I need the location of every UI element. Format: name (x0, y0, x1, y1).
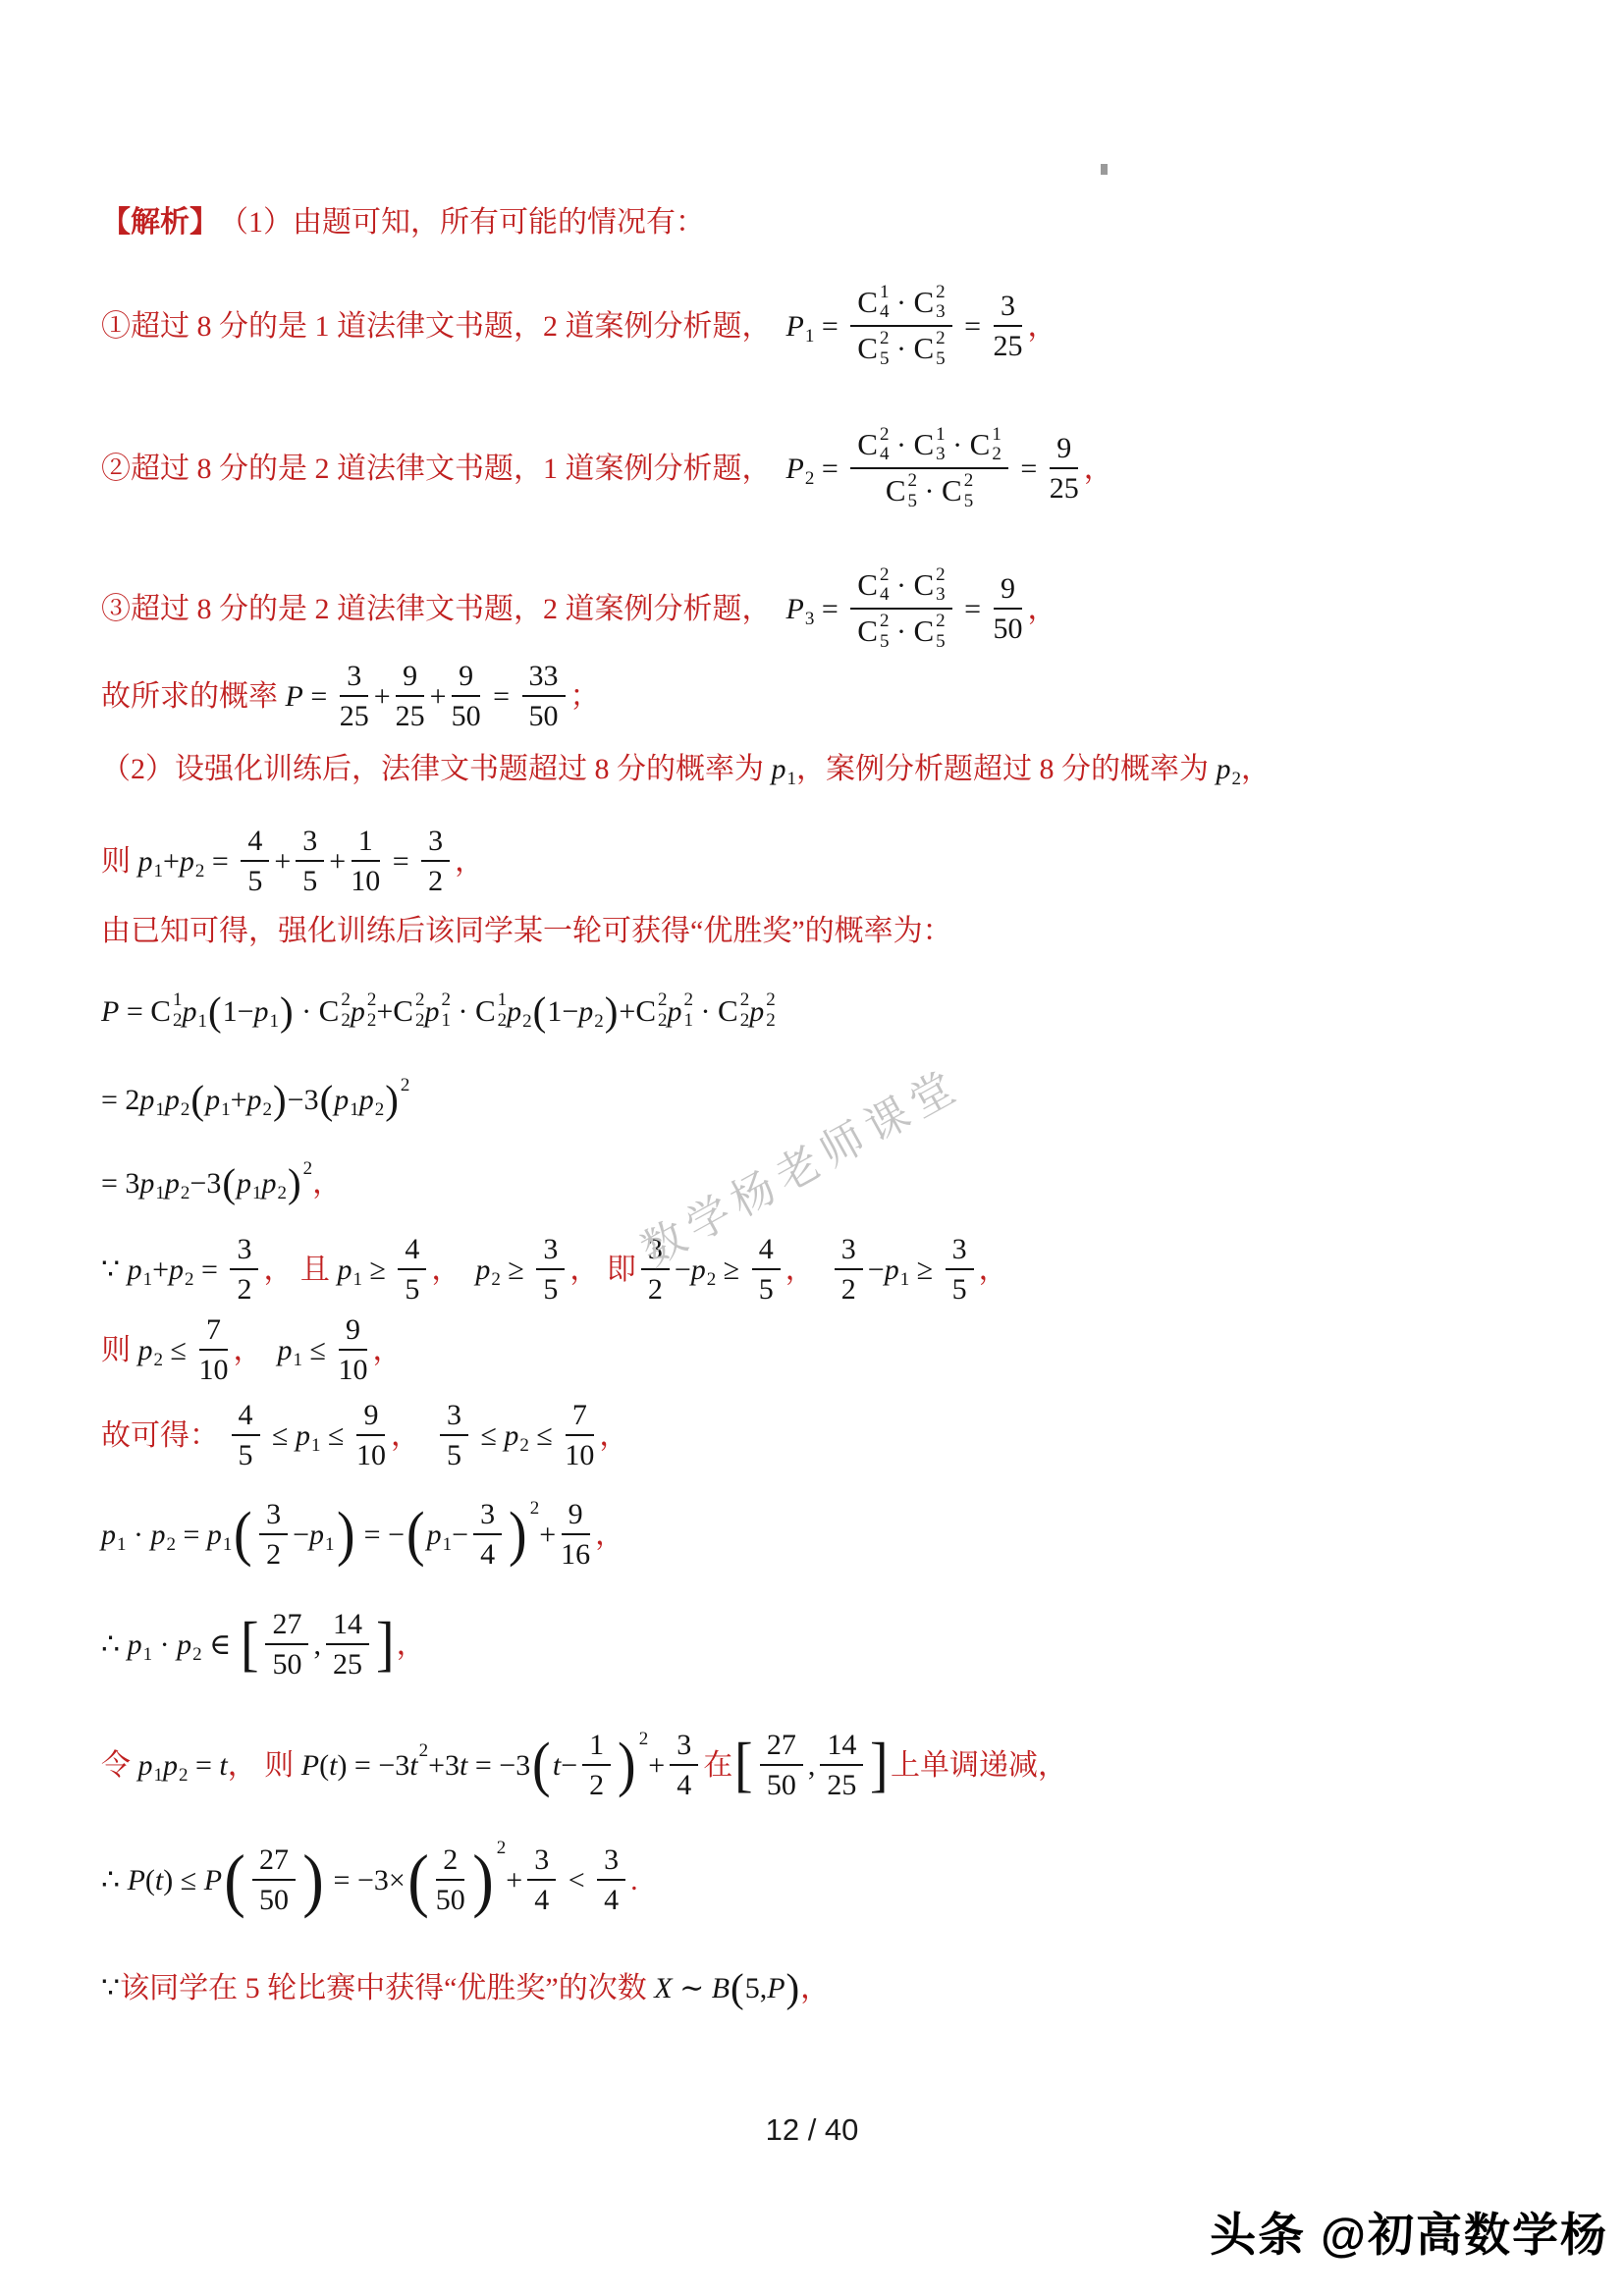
math-text: = (814, 450, 845, 488)
math-text: · (889, 332, 913, 366)
red-text: ， (431, 1251, 475, 1289)
math-text: ) ≤ (163, 1861, 203, 1899)
bracket: ) (385, 1080, 399, 1120)
math-text: − (452, 1516, 468, 1554)
red-text: （1）由题可知，所有可能的情况有： (219, 203, 705, 241)
fraction: C24 · C23C25 · C25 (850, 565, 951, 652)
brand-watermark: 头条 @初高数学杨 (1210, 2199, 1608, 2265)
fraction: 925 (1050, 431, 1079, 507)
fraction: 325 (340, 659, 369, 734)
math-var: P (204, 1861, 222, 1899)
math-var: p2 (504, 1416, 529, 1455)
math-var: t (460, 1746, 467, 1785)
math-var: p2 (247, 1081, 273, 1119)
solution-line-2: ①超过 8 分的是 1 道法律文书题，2 道案例分析题， P1 = C14 · … (101, 258, 1057, 394)
combination: C23 (913, 565, 945, 606)
math-text: · (889, 428, 913, 462)
math-text: 1− (223, 992, 254, 1031)
math-text: = −3 (467, 1746, 530, 1785)
fraction: 910 (356, 1398, 386, 1473)
bracket: ( (406, 1504, 425, 1565)
math-text: ∵ (101, 1251, 128, 1289)
math-text: = 3 (101, 1164, 139, 1202)
fraction: 45 (752, 1232, 781, 1308)
math-text: − (293, 1516, 309, 1554)
math-var: p2 (169, 1251, 194, 1289)
math-text: + (430, 677, 447, 716)
math-var: P (301, 1746, 319, 1785)
math-text: = (194, 1251, 226, 1289)
math-var: p1 (101, 1516, 127, 1554)
math-var: p1 (296, 1416, 321, 1455)
fraction: 32 (835, 1232, 863, 1308)
red-text: ， (372, 1331, 402, 1369)
fraction: 45 (232, 1398, 260, 1473)
red-text: ， (455, 842, 484, 881)
math-var: p2 (151, 1516, 177, 1554)
math-text: 5, (745, 1969, 768, 2007)
combination: C14 (857, 283, 889, 323)
bracket: ) (472, 1844, 494, 1915)
math-text: ≤ (320, 1416, 351, 1455)
solution-line-18: ∴ P(t) ≤ P(2750) = −3×(250)2+34 < 34. (101, 1817, 638, 1943)
math-var: p2 (165, 1164, 190, 1202)
math-var: p2 (475, 1251, 501, 1289)
fraction: 710 (198, 1312, 228, 1388)
math-text: −3 (189, 1164, 221, 1202)
math-var: p2 (507, 992, 532, 1031)
math-var: p1 (427, 1516, 453, 1554)
red-text: ①超过 8 分的是 1 道法律文书题，2 道案例分析题， (101, 307, 786, 346)
red-text: 故可得： (101, 1416, 227, 1455)
math-var: p2 (359, 1081, 385, 1119)
fraction: 325 (994, 289, 1023, 364)
bracket: ) (273, 1080, 287, 1120)
red-text: 该同学在 5 轮比赛中获得“优胜奖”的次数 (120, 1969, 654, 2007)
math-text: = (486, 677, 517, 716)
red-text: ②超过 8 分的是 2 道法律文书题，1 道案例分析题， (101, 450, 786, 488)
red-text: ， (1084, 450, 1113, 488)
math-text: = (814, 590, 845, 628)
solution-line-7: 则 p1+p2 = 45+35+110 = 32， (101, 813, 484, 909)
superscript: 2 (401, 1074, 410, 1098)
red-text: ， (599, 1416, 628, 1455)
fraction: 950 (452, 659, 481, 734)
solution-line-16: ∴ p1 · p2 ∈ [2750,1425]， (101, 1586, 426, 1702)
math-text: ) = −3 (337, 1746, 409, 1785)
solution-line-14: 故可得： 45 ≤ p1 ≤ 910， 35 ≤ p2 ≤ 710， (101, 1387, 628, 1483)
combination: C12 (970, 425, 1001, 465)
red-bold-text: 【解析】 (101, 203, 219, 241)
bracket: ] (376, 1614, 395, 1675)
math-var: t (553, 1746, 561, 1785)
math-var: p1 (254, 992, 280, 1031)
combination: C12 (150, 990, 182, 1031)
math-var: P1 (786, 307, 815, 346)
math-text: = (385, 842, 416, 881)
math-text: = (119, 992, 150, 1031)
bracket: ( (532, 1735, 551, 1795)
math-text: ≤ (265, 1416, 296, 1455)
math-text: + (539, 1516, 556, 1554)
math-text: = (303, 677, 335, 716)
page-number: 12 / 40 (0, 2112, 1624, 2148)
math-var: p21 (424, 990, 451, 1031)
math-text: − (868, 1251, 885, 1289)
math-var: p1 (337, 1251, 362, 1289)
combination: C22 (319, 990, 351, 1031)
solution-line-9: P = C12p1(1−p1) · C22p22+C22p21 · C12p2(… (101, 970, 776, 1052)
red-text: ， (391, 1416, 435, 1455)
math-var: p2 (163, 1746, 189, 1785)
math-text: + (648, 1746, 665, 1785)
red-text: 则 (101, 842, 138, 881)
red-text: ，案例分析题超过 8 分的概率为 (796, 750, 1217, 788)
math-text: ( (145, 1861, 155, 1899)
math-var: p2 (180, 842, 205, 881)
math-text: ≥ (362, 1251, 393, 1289)
fraction: 916 (561, 1497, 590, 1573)
red-text: ， (800, 1969, 830, 2007)
math-var: p1 (128, 1251, 153, 1289)
solution-line-6: （2）设强化训练后，法律文书题超过 8 分的概率为 p1，案例分析题超过 8 分… (101, 746, 1271, 791)
math-var: p2 (165, 1081, 190, 1119)
math-text: + (374, 677, 391, 716)
math-text: , (808, 1746, 816, 1785)
fraction: 710 (565, 1398, 594, 1473)
math-text: ≤ (163, 1331, 193, 1369)
combination: C24 (857, 425, 889, 465)
math-var: B (712, 1969, 730, 2007)
scan-artifact (1101, 164, 1108, 175)
math-var: p2 (1217, 750, 1242, 788)
bracket: ] (870, 1735, 889, 1795)
red-text: ， (1028, 307, 1057, 346)
math-var: t (219, 1746, 227, 1785)
solution-line-13: 则 p2 ≤ 710， p1 ≤ 910， (101, 1302, 402, 1398)
red-text: ， (1241, 750, 1271, 788)
fraction: 32 (421, 824, 450, 899)
math-var: p2 (177, 1626, 202, 1664)
bracket: ) (302, 1844, 324, 1915)
math-var: p1 (138, 842, 164, 881)
bracket: ) (337, 1504, 355, 1565)
math-var: p22 (749, 990, 776, 1031)
red-text: ， (312, 1164, 342, 1202)
fraction: 2750 (252, 1842, 296, 1918)
combination: C25 (913, 612, 945, 652)
math-var: p1 (182, 992, 207, 1031)
red-text: 故所求的概率 (101, 677, 286, 716)
math-text: = 2 (101, 1081, 139, 1119)
fraction: 32 (259, 1497, 288, 1573)
bracket: ( (234, 1504, 252, 1565)
math-text: ( (319, 1746, 329, 1785)
red-text: ， (1028, 590, 1057, 628)
math-text: · (889, 286, 913, 320)
math-text: · (451, 992, 475, 1031)
combination: C25 (857, 612, 889, 652)
fraction: 250 (436, 1842, 465, 1918)
solution-line-15: p1 · p2 = p1(32−p1) = −(p1−34)2+916， (101, 1478, 624, 1590)
combination: C25 (913, 329, 945, 369)
math-text: −3 (288, 1081, 319, 1119)
combination: C22 (393, 990, 424, 1031)
math-text: ≤ (302, 1331, 333, 1369)
bracket: ) (786, 1968, 800, 2008)
bracket: ( (208, 991, 222, 1032)
math-var: p1 (139, 1081, 165, 1119)
bracket: ) (280, 991, 294, 1032)
math-var: p1 (334, 1081, 359, 1119)
fraction: 32 (230, 1232, 258, 1308)
math-text: ≤ (529, 1416, 560, 1455)
math-text: + (152, 1251, 169, 1289)
red-text: ， 则 (228, 1746, 301, 1785)
math-var: X (654, 1969, 672, 2007)
math-var: P (101, 992, 119, 1031)
bracket: ( (407, 1844, 429, 1915)
math-var: p2 (578, 992, 604, 1031)
fraction: C14 · C23C25 · C25 (850, 283, 951, 369)
document-page: { "page": { "footer": "12 / 40", "waterm… (0, 0, 1624, 2296)
red-text: ， (595, 1516, 624, 1554)
fraction: 950 (994, 571, 1023, 647)
combination: C25 (857, 329, 889, 369)
math-var: t (409, 1746, 417, 1785)
red-text: ， 且 (263, 1251, 337, 1289)
fraction: 35 (296, 824, 324, 899)
math-text: + (231, 1081, 247, 1119)
fraction: 35 (536, 1232, 565, 1308)
fraction: 2750 (760, 1728, 803, 1803)
math-var: p1 (277, 1331, 302, 1369)
combination: C25 (942, 471, 973, 511)
fraction: 34 (670, 1728, 698, 1803)
math-text: · (917, 474, 942, 508)
math-text: = −3× (326, 1861, 406, 1899)
bracket: [ (734, 1735, 753, 1795)
math-text: 1− (547, 992, 578, 1031)
math-text: · (693, 992, 718, 1031)
math-var: P2 (786, 450, 815, 488)
fraction: 45 (241, 824, 269, 899)
math-var: p22 (351, 990, 377, 1031)
math-var: p2 (262, 1164, 288, 1202)
fraction: 34 (527, 1842, 556, 1918)
fraction: 34 (473, 1497, 502, 1573)
math-var: p1 (309, 1516, 335, 1554)
superscript: 2 (419, 1739, 429, 1764)
math-text: ∈ (202, 1626, 239, 1664)
superscript: 2 (497, 1837, 507, 1861)
bracket: ) (288, 1163, 301, 1203)
red-text: 令 (101, 1746, 138, 1785)
red-text: ； (570, 677, 600, 716)
math-text: = (957, 307, 989, 346)
superscript: 2 (639, 1728, 649, 1752)
red-text: ， 即 (569, 1251, 636, 1289)
solution-line-5: 故所求的概率 P = 325+925+950 = 3350； (101, 641, 600, 751)
fraction: 34 (597, 1842, 625, 1918)
math-text: +3 (428, 1746, 460, 1785)
fraction: 35 (440, 1398, 468, 1473)
bracket: ( (224, 1844, 245, 1915)
math-text: ∼ (673, 1969, 712, 2007)
math-text: = (1013, 450, 1045, 488)
math-text: = (204, 842, 236, 881)
math-var: t (329, 1746, 337, 1785)
red-text: （2）设强化训练后，法律文书题超过 8 分的概率为 (101, 750, 772, 788)
math-text: + (163, 842, 180, 881)
red-text: ， (233, 1331, 277, 1369)
math-text: , (313, 1626, 321, 1664)
bracket: ( (731, 1968, 744, 2008)
math-var: p1 (207, 1516, 233, 1554)
bracket: ( (222, 1163, 236, 1203)
red-text: 则 (101, 1331, 138, 1369)
math-text: ≥ (501, 1251, 531, 1289)
math-text: + (376, 992, 393, 1031)
combination: C22 (718, 990, 749, 1031)
solution-line-17: 令 p1p2 = t， 则 P(t) = −3t2+3t = −3(t−12)2… (101, 1704, 1067, 1826)
math-text: · (889, 568, 913, 603)
math-text: ≥ (716, 1251, 746, 1289)
red-text: 由已知可得，强化训练后该同学某一轮可获得“优胜奖”的概率为： (101, 912, 952, 950)
fraction: 1425 (820, 1728, 863, 1803)
bracket: ) (618, 1735, 636, 1795)
combination: C24 (857, 565, 889, 606)
math-var: p1 (885, 1251, 910, 1289)
combination: C12 (475, 990, 507, 1031)
math-text: ∴ (101, 1626, 128, 1664)
math-var: p1 (128, 1626, 153, 1664)
bracket: ) (605, 991, 619, 1032)
math-text: · (152, 1626, 177, 1664)
math-text: ∵ (101, 1969, 120, 2007)
red-text: ， (979, 1251, 1008, 1289)
math-var: P (767, 1969, 785, 2007)
math-text: = (957, 590, 989, 628)
fraction: 925 (396, 659, 425, 734)
bracket: ( (320, 1080, 334, 1120)
math-text: · (295, 992, 319, 1031)
red-text: . (630, 1861, 638, 1899)
combination: C13 (913, 425, 945, 465)
fraction: 2750 (265, 1607, 308, 1682)
solution-line-11: = 3p1p2−3(p1p2)2， (101, 1140, 342, 1226)
red-text: ③超过 8 分的是 2 道法律文书题，2 道案例分析题， (101, 590, 786, 628)
math-text: − (561, 1746, 577, 1785)
bracket: ) (509, 1504, 527, 1565)
solution-line-1: 【解析】（1）由题可知，所有可能的情况有： (101, 201, 705, 242)
math-text: + (619, 992, 635, 1031)
math-text: · (127, 1516, 151, 1554)
math-text: ≤ (473, 1416, 504, 1455)
superscript: 2 (530, 1497, 540, 1522)
math-text: + (329, 842, 346, 881)
math-var: p1 (237, 1164, 262, 1202)
math-text: ∴ (101, 1861, 128, 1899)
red-text: 上单调递减， (891, 1746, 1067, 1785)
math-text: = − (356, 1516, 405, 1554)
math-var: P (128, 1861, 145, 1899)
math-text: + (506, 1861, 522, 1899)
solution-line-8: 由已知可得，强化训练后该同学某一轮可获得“优胜奖”的概率为： (101, 909, 952, 952)
solution-line-10: = 2p1p2(p1+p2)−3(p1p2)2 (101, 1056, 409, 1143)
math-var: p21 (668, 990, 694, 1031)
bracket: ( (190, 1080, 204, 1120)
math-text: = (176, 1516, 207, 1554)
math-text: + (274, 842, 291, 881)
math-text: = (814, 307, 845, 346)
red-text: ， (785, 1251, 830, 1289)
math-text: · (889, 614, 913, 649)
fraction: 35 (946, 1232, 974, 1308)
math-var: t (155, 1861, 163, 1899)
math-var: p1 (139, 1164, 165, 1202)
math-text: < (561, 1861, 592, 1899)
math-var: P (286, 677, 303, 716)
combination: C22 (635, 990, 667, 1031)
fraction: 1425 (326, 1607, 369, 1682)
fraction: 12 (582, 1728, 611, 1803)
red-text: 在 (703, 1746, 732, 1785)
superscript: 2 (303, 1157, 313, 1182)
math-text: = (189, 1746, 220, 1785)
combination: C23 (913, 283, 945, 323)
fraction: 3350 (522, 659, 566, 734)
fraction: 110 (351, 824, 380, 899)
fraction: 45 (398, 1232, 426, 1308)
math-var: p2 (138, 1331, 164, 1369)
bracket: [ (241, 1614, 259, 1675)
fraction: C24 · C13 · C12C25 · C25 (850, 425, 1008, 511)
math-var: p1 (138, 1746, 164, 1785)
math-text: · (946, 428, 970, 462)
math-var: p1 (772, 750, 797, 788)
solution-line-19: ∵该同学在 5 轮比赛中获得“优胜奖”的次数 X ∼ B(5,P)， (101, 1959, 830, 2016)
math-text: ≥ (909, 1251, 940, 1289)
math-var: P3 (786, 590, 815, 628)
combination: C25 (886, 471, 917, 511)
bracket: ( (533, 991, 547, 1032)
red-text: ， (397, 1626, 426, 1664)
math-var: p1 (205, 1081, 231, 1119)
solution-line-3: ②超过 8 分的是 2 道法律文书题，1 道案例分析题， P2 = C24 · … (101, 400, 1113, 536)
fraction: 910 (338, 1312, 367, 1388)
